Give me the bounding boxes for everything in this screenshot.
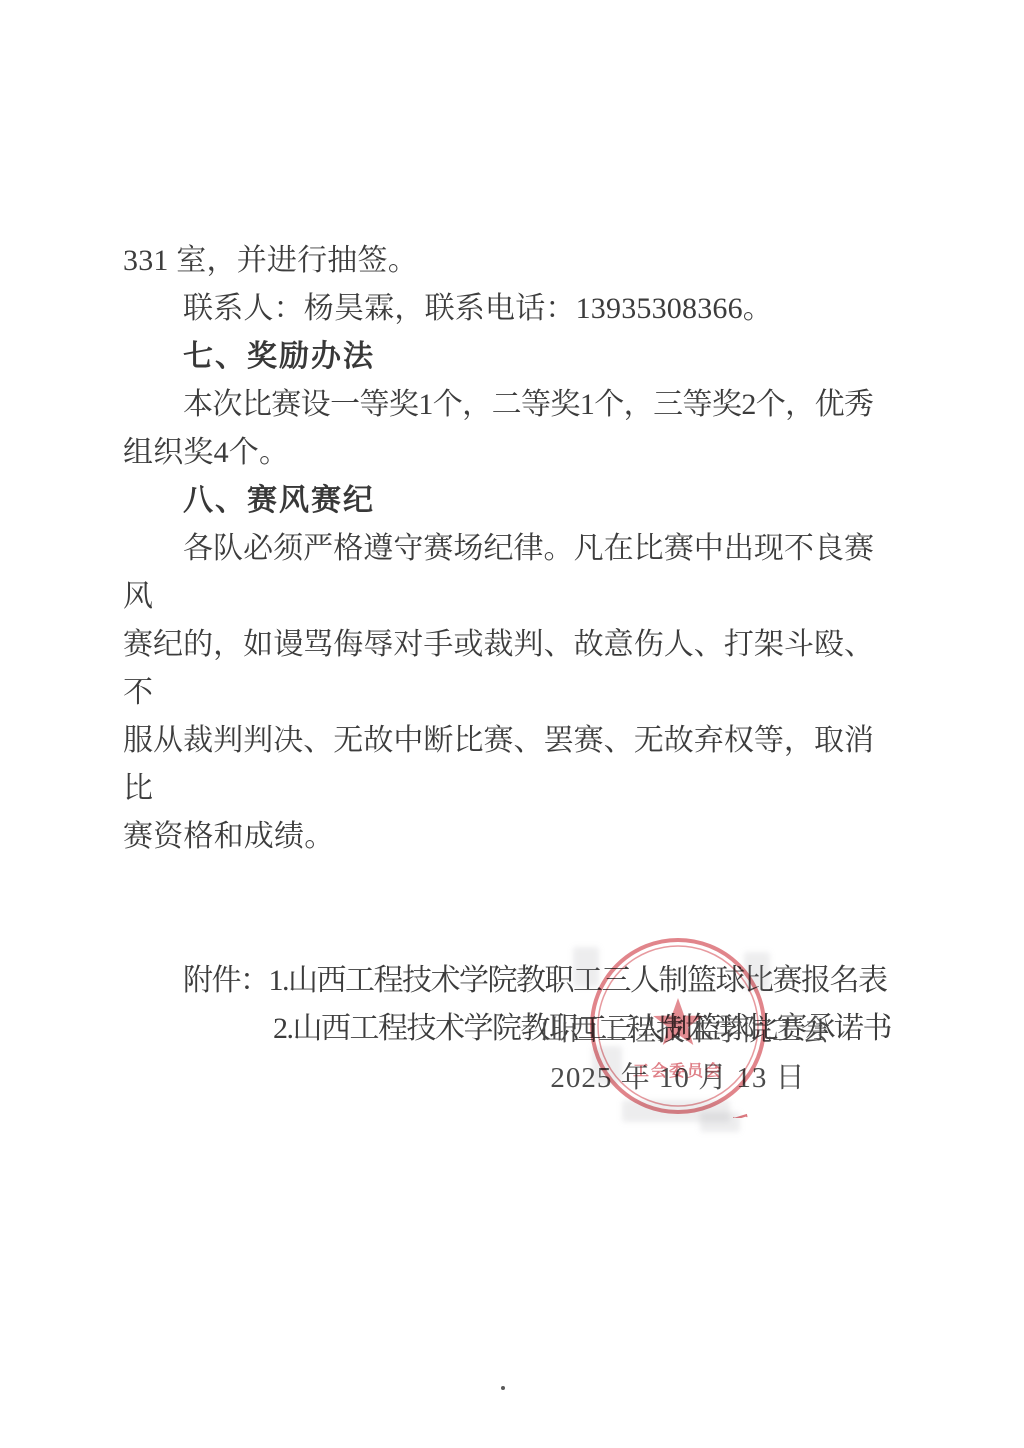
- paragraph-line: 本次比赛设一等奖1个，二等奖1个，三等奖2个，优秀: [123, 381, 873, 429]
- official-seal-stamp: 山西工程技术学院 工会委员会: [586, 934, 770, 1118]
- seal-star-icon: [653, 998, 702, 1045]
- section-heading-8: 八、赛风赛纪: [123, 477, 873, 525]
- contact-line: 联系人：杨昊霖，联系电话：13935308366。: [123, 285, 873, 333]
- section-heading-7: 七、奖励办法: [123, 333, 873, 381]
- paragraph-line: 组织奖4个。: [123, 429, 873, 477]
- seal-bottom-text: 工会委员会: [633, 1061, 723, 1080]
- paragraph-line: 各队必须严格遵守赛场纪律。凡在比赛中出现不良赛风: [123, 525, 873, 621]
- paragraph-line: 331 室，并进行抽签。: [123, 237, 873, 285]
- document-page: 331 室，并进行抽签。 联系人：杨昊霖，联系电话：13935308366。 七…: [0, 0, 1024, 1448]
- document-body: 331 室，并进行抽签。 联系人：杨昊霖，联系电话：13935308366。 七…: [123, 237, 873, 1053]
- paragraph-line: 服从裁判判决、无故中断比赛、罢赛、无故弃权等，取消比: [123, 717, 873, 813]
- paragraph-line: 赛资格和成绩。: [123, 813, 873, 861]
- scan-speck: [501, 1386, 505, 1390]
- paragraph-line: 赛纪的，如谩骂侮辱对手或裁判、故意伤人、打架斗殴、不: [123, 621, 873, 717]
